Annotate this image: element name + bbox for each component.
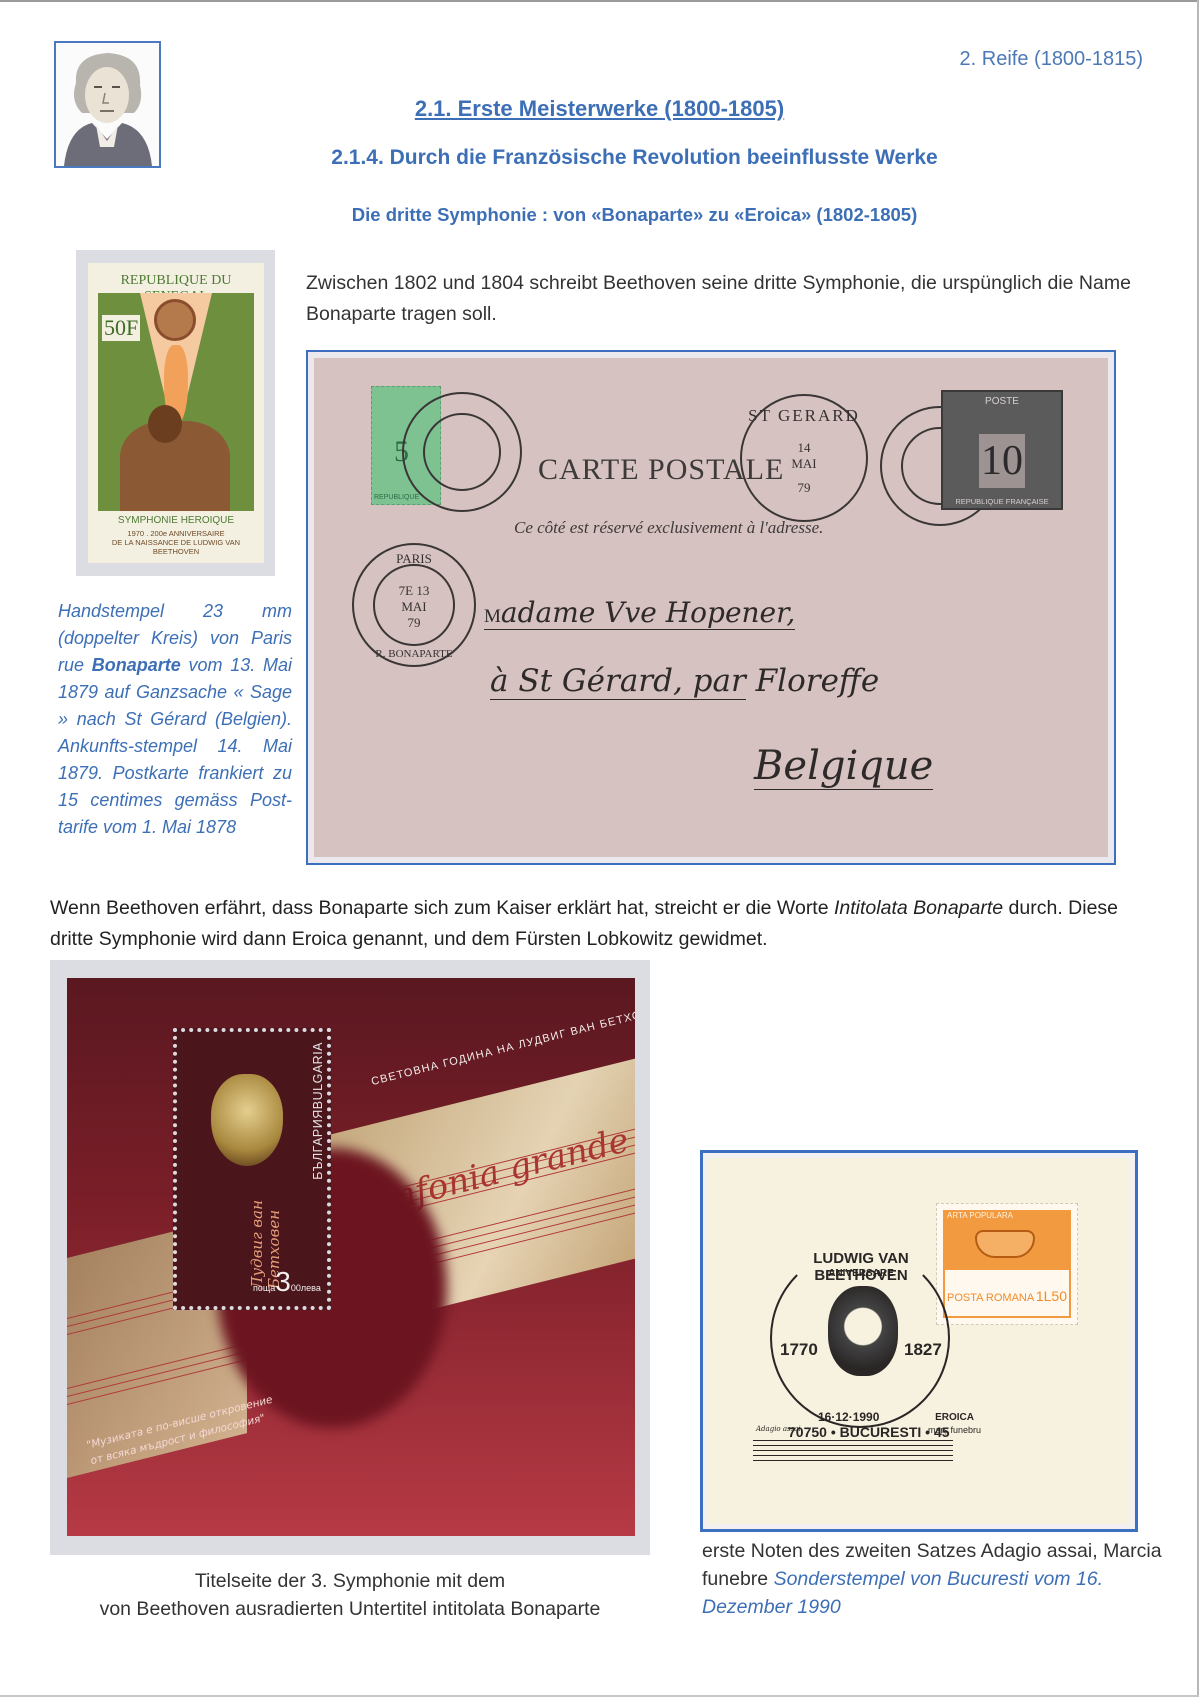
black-stamp-header: POSTE xyxy=(943,396,1061,407)
address-prefix: M xyxy=(484,606,501,627)
note-bold: Bonaparte xyxy=(92,655,181,675)
romania-stamp-value: 1L50 xyxy=(1036,1288,1067,1304)
romania-cover: ARTA POPULARA POSTA ROMANA 1L50 LUDWIG V… xyxy=(708,1158,1130,1524)
address-town: à St Gérard, par xyxy=(490,663,746,700)
black-stamp-label: REPUBLIQUE FRANÇAISE xyxy=(943,497,1061,506)
black-sage-imprinted-stamp: POSTE 10 REPUBLIQUE FRANÇAISE xyxy=(941,390,1063,510)
cancel-year-death: 1827 xyxy=(904,1340,942,1360)
value-number: 3 xyxy=(275,1266,291,1297)
paris-postmark-day: 7E 13 xyxy=(354,583,474,598)
cancel-eroica: EROICAmarș funebru xyxy=(928,1412,981,1436)
address-recipient: adame Vve Hopener, xyxy=(501,596,795,629)
bulgaria-stamp: БЪЛГАРИЯBULGARIA Лудвиг ванБетховен поща… xyxy=(173,1028,331,1310)
anniversary-line-1: 1970 . 200e ANNIVERSAIRE xyxy=(98,529,254,538)
stamp-artwork: 50F xyxy=(98,293,254,511)
stamp-value: 50F xyxy=(102,315,140,341)
paris-bonaparte-postmark: PARIS 7E 13 MAI 79 R. BONAPARTE xyxy=(352,543,476,667)
gerard-postmark-name: ST GERARD xyxy=(742,408,866,423)
paris-postmark-city: PARIS xyxy=(354,551,474,566)
gerard-postmark-day: 14 xyxy=(742,440,866,455)
beethoven-head-icon xyxy=(148,405,182,443)
romania-stamp-country: POSTA ROMANA xyxy=(947,1292,1034,1304)
address-line-3: Belgique xyxy=(754,743,933,790)
postcard-frame: 5 REPUBLIQUE CARTE POSTALE Ce côté est r… xyxy=(306,350,1116,865)
bulgaria-country: БЪЛГАРИЯBULGARIA xyxy=(311,1042,325,1180)
note-text-2: vom 13. Mai 1879 auf Ganzsache « Sage » … xyxy=(58,655,292,837)
cancel-subtitle: ANIVERSARE xyxy=(768,1268,954,1279)
postcard-subtitle: Ce côté est réservé exclusivement à l'ad… xyxy=(514,518,823,538)
paris-postmark-1 xyxy=(402,392,522,512)
black-stamp-value: 10 xyxy=(979,434,1025,488)
romania-stamp-header: ARTA POPULARA xyxy=(947,1211,1013,1220)
cover-caption: erste Noten des zweiten Satzes Adagio as… xyxy=(702,1537,1162,1621)
value-suffix: 00 xyxy=(291,1283,301,1293)
paris-postmark-month: MAI xyxy=(354,599,474,614)
address-line-2: à St Gérard, par Floreffe xyxy=(490,663,879,699)
folk-art-bowl-icon xyxy=(975,1230,1035,1258)
page-top-border xyxy=(0,0,1199,2)
paris-postmark-street: R. BONAPARTE xyxy=(354,647,474,662)
postcard: 5 REPUBLIQUE CARTE POSTALE Ce côté est r… xyxy=(314,358,1108,857)
beethoven-bust-icon xyxy=(211,1074,283,1166)
bulgaria-value: поща300лева xyxy=(253,1266,321,1298)
eroica-paragraph: Wenn Beethoven erfährt, dass Bonaparte s… xyxy=(50,893,1160,955)
sheet-caption-line-2: von Beethoven ausradierten Untertitel in… xyxy=(50,1595,650,1623)
st-gerard-postmark: ST GERARD 14 MAI 79 xyxy=(740,394,868,522)
address-via: Floreffe xyxy=(746,663,879,699)
gerard-postmark-year: 79 xyxy=(742,480,866,495)
address-line-1: Madame Vve Hopener, xyxy=(484,596,795,630)
postmark-description: Handstempel 23 mm (doppelter Kreis) von … xyxy=(58,598,292,841)
eroica-label: EROICA xyxy=(928,1412,981,1424)
section-title: 2.1. Erste Meisterwerke (1800-1805) xyxy=(0,96,1199,122)
beethoven-engraving-icon xyxy=(828,1286,898,1376)
chapter-label: 2. Reife (1800-1815) xyxy=(960,48,1143,71)
value-label-leva: лева xyxy=(301,1283,321,1293)
romania-cover-frame: ARTA POPULARA POSTA ROMANA 1L50 LUDWIG V… xyxy=(700,1150,1138,1532)
paragraph-italic: Intitolata Bonaparte xyxy=(834,897,1003,919)
sheet-caption: Titelseite der 3. Symphonie mit dem von … xyxy=(50,1567,650,1623)
value-label-posta: поща xyxy=(253,1283,275,1293)
section-title-text: 2.1. Erste Meisterwerke (1800-1805) xyxy=(415,96,784,121)
music-staff-icon xyxy=(753,1440,953,1464)
romania-stamp: ARTA POPULARA POSTA ROMANA 1L50 xyxy=(936,1203,1078,1325)
gerard-postmark-month: MAI xyxy=(742,456,866,471)
cancel-city: 70750 • BUCURESTI • 45 xyxy=(788,1424,950,1440)
bulgaria-souvenir-sheet: Sinfonia grande СВЕТОВНА ГОДИНА НА ЛУДВИ… xyxy=(67,978,635,1536)
mars-funebru-label: marș funebru xyxy=(928,1424,981,1436)
senegal-stamp: REPUBLIQUE DU SENEGAL 50F SYMPHONIE HERO… xyxy=(88,263,264,563)
subsection-title: 2.1.4. Durch die Französische Revolution… xyxy=(0,146,1199,170)
stamp-title: SYMPHONIE HEROIQUE xyxy=(98,515,254,526)
paragraph-text-1: Wenn Beethoven erfährt, dass Bonaparte s… xyxy=(50,897,834,919)
stamp-anniversary: 1970 . 200e ANNIVERSAIRE DE LA NAISSANCE… xyxy=(98,529,254,556)
cancel-adagio: Adagio assai xyxy=(756,1425,801,1433)
green-stamp-label: REPUBLIQUE xyxy=(374,494,419,501)
sheet-caption-line-1: Titelseite der 3. Symphonie mit dem xyxy=(50,1567,650,1595)
intro-text: Zwischen 1802 und 1804 schreibt Beethove… xyxy=(306,268,1156,330)
paris-postmark-year: 79 xyxy=(354,615,474,630)
anniversary-line-2: DE LA NAISSANCE DE LUDWIG VAN BEETHOVEN xyxy=(98,538,254,556)
cancel-date: 16·12·1990 xyxy=(818,1410,879,1424)
napoleon-medallion-icon xyxy=(154,299,196,341)
topic-title: Die dritte Symphonie : von «Bonaparte» z… xyxy=(0,204,1199,226)
cancel-year-birth: 1770 xyxy=(780,1340,818,1360)
